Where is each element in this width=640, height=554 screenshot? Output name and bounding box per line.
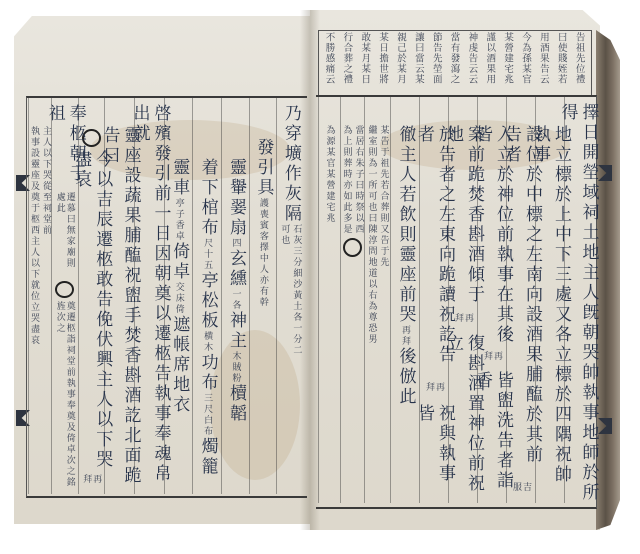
column-text: 倚卓 — [168, 242, 189, 282]
column-note: 吉服 — [511, 482, 531, 503]
header-notes: 告祖先位禮 曰使賤姪若 用酒果告云 今為孫某官 某營建宅兆 謹以酒果用 神虔告云… — [320, 32, 588, 92]
column-note: 主人以下哭從至祠堂前 — [41, 126, 51, 346]
column-note: 再拜 — [453, 313, 473, 334]
column-text: 祝與執事皆 — [413, 404, 455, 503]
column-note: 當居右朱子曰時祭以西 — [354, 125, 364, 235]
column-text: 後倣此 — [395, 347, 416, 407]
column-note: 某告于祖先若合葬則又告于先 — [379, 125, 389, 345]
header-note: 某日擔世將 — [377, 32, 388, 92]
column-text: 地衣 — [168, 375, 189, 415]
column-note: 為源某官某營建宅兆 — [325, 125, 335, 224]
fore-edge-page-stack — [596, 30, 620, 530]
column-note: 遷慕曰無家廟則處此 — [55, 192, 75, 279]
circle-marker-icon — [55, 281, 74, 298]
column-text: 靈車 — [168, 158, 189, 198]
header-note: 告祖先位禮 — [574, 32, 585, 92]
column-text: 遮帳 — [168, 315, 189, 355]
column-text: 下棺布 — [197, 178, 218, 238]
column-note: 護喪賓客擇中人亦有幹 — [258, 198, 268, 308]
column-text: 發引具 — [252, 138, 273, 198]
column-note: 再拜 — [400, 325, 410, 347]
column-note: 石灰三分細沙黃土各一分二 — [291, 224, 301, 356]
text-column: 徹主人若飲則靈座前哭 再拜 後倣此 — [390, 97, 419, 503]
column-text: 徹主人若飲則靈座前哭 — [395, 125, 416, 325]
column-text: 亭松板 — [197, 271, 218, 331]
header-note: 不勝感痛云 — [324, 32, 335, 92]
circle-marker-icon — [343, 238, 362, 257]
column-note: 尺十五 — [202, 238, 212, 271]
text-column: 着 下棺布 尺十五 亭松板 横木 功布 三尺白布 燭籠 — [192, 98, 220, 494]
header-note: 某營建宅兆 — [502, 32, 513, 92]
open-book: 告祖先位禮 曰使賤姪若 用酒果告云 今為孫某官 某營建宅兆 謹以酒果用 神虔告云… — [0, 0, 640, 554]
text-column: 奉柩朝于祖 遷慕曰無家廟則處此 奠遷柩詣祠堂前執事奉奠及倚卓次之銘旌次之 — [51, 98, 78, 494]
column-note: 横木 — [202, 331, 212, 353]
header-note: 曰使賤姪若 — [556, 32, 567, 92]
column-text: 櫝韜 — [225, 384, 246, 424]
column-note: 為上則葬時亦如此多是 — [342, 125, 352, 235]
column-text: 着 — [197, 158, 218, 178]
column-text: 乃穿壙作灰隔 — [280, 104, 301, 224]
column-text: 玄纁 — [225, 249, 246, 289]
column-note: 執事設靈座及奠于柩西主人以下就位立哭盡哀 — [29, 126, 39, 346]
header-note: 當有發瀉之 — [449, 32, 460, 92]
column-note: 再拜 — [482, 351, 502, 372]
text-column: 乃穿壙作灰隔 石灰三分細沙黃土各一分二 可也 — [276, 98, 304, 494]
column-note: 三尺白布 — [202, 393, 212, 437]
header-note: 行合葬之禮 — [341, 32, 352, 92]
header-note: 今為孫某官 — [520, 32, 531, 92]
text-column: 某告于祖先若合葬則又告于先 繼室則為一所可也曰陳淳問地道以右為尊恐男 — [364, 97, 390, 503]
column-note: 交床倚 — [174, 282, 184, 315]
text-column: 於告者之左東向跪讀祝訖告者 再拜 祝與執事皆 — [419, 97, 448, 503]
column-text: 席 — [168, 355, 189, 375]
column-note: 奠遷柩詣祠堂前執事奉奠及倚卓次之銘旌次之 — [55, 301, 75, 494]
column-text: 於告者之左東向跪讀祝訖告者 — [413, 125, 455, 382]
column-note: 一各 — [230, 289, 240, 311]
column-text: 燭籠 — [197, 437, 218, 477]
text-column: 發引具 護喪賓客擇中人亦有幹 — [249, 98, 276, 494]
column-note: 木賊粉 — [230, 351, 240, 384]
column-note: 四 — [230, 238, 240, 249]
header-note: 節告先塋面 — [431, 32, 442, 92]
column-text: 翣扇 — [225, 198, 246, 238]
column-note: 可也 — [279, 224, 289, 356]
column-note: 再拜 — [81, 474, 101, 494]
text-column: 主人以下哭從至祠堂前 執事設靈座及奠于柩西主人以下就位立哭盡哀 — [28, 98, 51, 494]
header-note: 謹以酒果用 — [484, 32, 495, 92]
text-column: 為源某官某營建宅兆 — [318, 97, 340, 503]
text-column: 靈轝 翣扇 四 玄纁 一各 神主 木賊粉 櫝韜 — [221, 98, 249, 494]
right-page-columns: 擇日開塋域祠土地主人旣朝哭帥執事地師於所得 地立標於上中下三處又各立標於四隅祝帥… — [318, 97, 590, 503]
column-text: 靈轝 — [225, 158, 246, 198]
column-text: 神主 — [225, 311, 246, 351]
column-note: 繼室則為一所可也曰陳淳問地道以右為尊恐男 — [367, 125, 377, 345]
left-page-columns: 乃穿壙作灰隔 石灰三分細沙黃土各一分二 可也 發引具 護喪賓客擇中人亦有幹 靈轝… — [28, 98, 304, 494]
column-note: 再拜 — [424, 382, 444, 404]
column-text: 功布 — [197, 353, 218, 393]
header-note: 敢某月某日 — [359, 32, 370, 92]
text-column: 當居右朱子曰時祭以西 為上則葬時亦如此多是 — [340, 97, 364, 503]
header-note: 親己於某月 — [395, 32, 406, 92]
header-note: 讓曰當云某 — [413, 32, 424, 92]
header-note: 神虔告云云 — [466, 32, 477, 92]
header-note: 用酒果告云 — [538, 32, 549, 92]
column-note: 亭子香卓 — [174, 198, 184, 242]
